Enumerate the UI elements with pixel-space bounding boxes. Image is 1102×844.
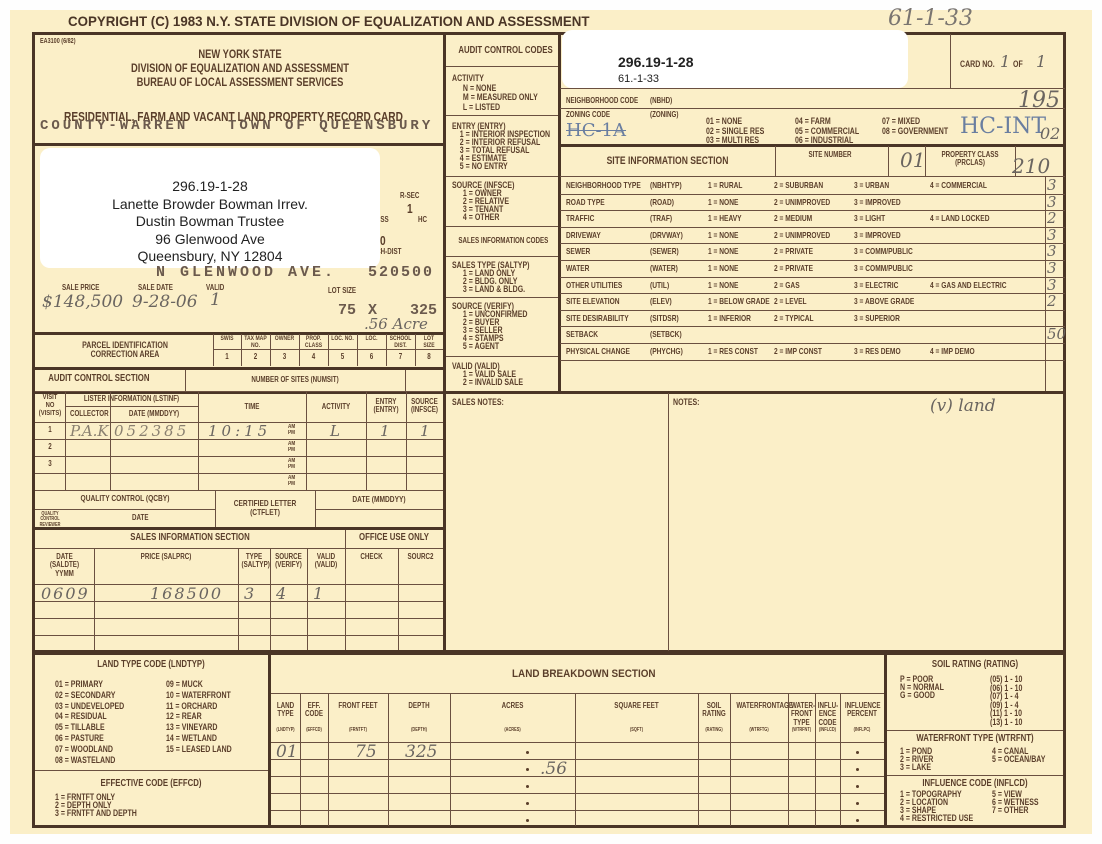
correction-col-num: 5 — [331, 353, 354, 361]
site-row-option: 2 = MEDIUM — [774, 214, 812, 223]
site-row-option: 3 = LIGHT — [854, 214, 885, 223]
header-line2: DIVISION OF EQUALIZATION AND ASSESSMENT — [84, 62, 396, 75]
site-row-option: 1 = NONE — [708, 281, 738, 290]
site-row-name: SETBACK — [566, 330, 598, 339]
class-value: 0 — [380, 234, 386, 248]
site-info-title: SITE INFORMATION SECTION — [584, 156, 752, 168]
sales-header: PRICE (SALPRC) — [110, 553, 222, 561]
land-header-code: (INFLPC) — [845, 728, 879, 733]
land-header-code: (FRNTFT) — [335, 728, 382, 733]
site-row-option: 1 = NONE — [708, 198, 738, 207]
correction-col-label: SWIS — [216, 336, 238, 343]
lister-header: LISTER INFORMATION (LSTINF) — [80, 395, 184, 403]
source-codes: SOURCE (INFSCE) 1 = OWNER 2 = RELATIVE 3… — [452, 181, 514, 221]
site-row-option: 4 = LAND LOCKED — [930, 214, 989, 223]
land-type-title: LAND TYPE CODE (LNDTYP) — [61, 660, 242, 671]
zoning-struck: HC-1A — [566, 120, 626, 141]
land-breakdown-title: LAND BREAKDOWN SECTION — [512, 669, 656, 681]
site-row-code: (SITDSR) — [650, 314, 679, 323]
owner-parcel: 296.19-1-28 — [40, 178, 380, 196]
site-row-option: 2 = TYPICAL — [774, 314, 814, 323]
divider — [32, 143, 445, 146]
decimal-point — [526, 751, 529, 754]
site-row-option: 2 = PRIVATE — [774, 247, 813, 256]
correction-col-num: 4 — [302, 353, 325, 361]
lot-front: 75 — [338, 302, 356, 319]
source-value[interactable]: 1 — [420, 422, 430, 440]
parcel-label-sticker: 296.19-1-28 61.-1-33 — [562, 30, 908, 88]
zoning-code-label: (ZONING) — [650, 111, 678, 119]
waterfront-title: WATERFRONT TYPE (WTRFNT) — [906, 734, 1043, 745]
correction-title-2: CORRECTION AREA — [59, 350, 192, 359]
date-header: DATE (MMDDYY) — [120, 410, 189, 418]
land-header: WATER-FRONT TYPE — [791, 702, 812, 727]
soil-rating-left: P = POORN = NORMALG = GOOD — [900, 675, 944, 699]
decimal-point — [856, 802, 859, 805]
site-row-option: 1 = RES CONST — [708, 347, 758, 356]
sales-section-title: SALES INFORMATION SECTION — [69, 533, 311, 544]
county: COUNTY-WARREN — [40, 118, 188, 134]
lot-size-label: LOT SIZE — [328, 287, 356, 295]
decimal-point — [856, 751, 859, 754]
land-header-code: (INFLCD) — [818, 728, 838, 733]
site-row-option: 1 = RURAL — [708, 181, 742, 190]
land-header-code: (EFFCD) — [303, 728, 325, 733]
site-row-code: (SETBCK) — [650, 330, 682, 339]
site-row-option: 3 = SUPERIOR — [854, 314, 900, 323]
site-row-code: (ELEV) — [650, 297, 672, 306]
activity-codes: ACTIVITY N = NONE M = MEASURED ONLY L = … — [452, 74, 538, 112]
notes-text: (v) land — [930, 396, 996, 416]
influence-col1: 1 = TOPOGRAPHY2 = LOCATION3 = SHAPE4 = R… — [900, 790, 973, 822]
prop-class-value: 210 — [1012, 154, 1050, 178]
owner-name: Lanette Browder Bowman Irrev. — [40, 196, 380, 214]
entry-codes: ENTRY (ENTRY) 1 = INTERIOR INSPECTION 2 … — [452, 122, 550, 170]
office-use-title: OFFICE USE ONLY — [356, 533, 432, 544]
land-header-code: (DEPTH) — [395, 728, 443, 733]
verify-codes: SOURCE (VERIFY) 1 = UNCONFIRMED 2 = BUYE… — [452, 302, 527, 350]
correction-col-num: 7 — [389, 353, 412, 361]
visit-number: 3 — [38, 460, 61, 468]
decimal-point — [526, 785, 529, 788]
owner-trustee: Dustin Bowman Trustee — [40, 213, 380, 231]
qc-date-label: DATE — [132, 514, 149, 522]
site-row-name: TRAFFIC — [566, 214, 594, 223]
site-row-option: 2 = SUBURBAN — [774, 181, 823, 190]
header-line1: NEW YORK STATE — [84, 48, 396, 61]
site-row-value[interactable]: 2 — [1047, 209, 1057, 227]
land-header: WATERFRONTAGE — [736, 702, 781, 710]
land-header-code: (SQFT) — [589, 728, 685, 733]
qc-title: QUALITY CONTROL (QCBY) — [55, 494, 195, 503]
pm-label: PM — [288, 481, 295, 487]
site-row-option: 2 = UNIMPROVED — [774, 198, 830, 207]
land-header-code: (ACRES) — [464, 728, 562, 733]
sales-header: SOURC2 — [403, 553, 438, 561]
prop-class-label: PROPERTY CLASS (PRCLAS) — [935, 151, 1005, 168]
influence-col2: 5 = VIEW6 = WETNESS7 = OTHER — [992, 790, 1039, 814]
decimal-point — [856, 819, 859, 822]
site-row-option: 3 = RES DEMO — [854, 347, 901, 356]
site-row-option: 4 = GAS AND ELECTRIC — [930, 281, 1007, 290]
site-row-code: (TRAF) — [650, 214, 672, 223]
site-row-name: SITE ELEVATION — [566, 297, 620, 306]
valid-codes: VALID (VALID) 1 = VALID SALE 2 = INVALID… — [452, 362, 523, 386]
parcel-number: 296.19-1-28 — [618, 54, 694, 70]
soil-rating-title: SOIL RATING (RATING) — [906, 660, 1043, 671]
eff-codes: 1 = FRNTFT ONLY2 = DEPTH ONLY3 = FRNTFT … — [55, 793, 137, 817]
owner-city: Queensbury, NY 12804 — [40, 248, 380, 266]
entry-value[interactable]: 1 — [380, 422, 390, 440]
notes-label: NOTES: — [673, 398, 700, 407]
site-row-option: 2 = IMP CONST — [774, 347, 822, 356]
nbhd-value: 195 — [1018, 88, 1060, 113]
zoning-value: 02 — [1040, 124, 1060, 143]
sales-type-codes: SALES TYPE (SALTYP) 1 = LAND ONLY 2 = BL… — [452, 261, 529, 293]
sales-header: VALID (VALID) — [311, 553, 341, 570]
header-line3: BUREAU OF LOCAL ASSESSMENT SERVICES — [84, 76, 396, 89]
land-header: FRONT FEET — [335, 702, 382, 710]
zoning-codes-col3: 07 = MIXED08 = GOVERNMENT — [882, 117, 948, 136]
zoning-new: HC-INT — [960, 114, 1046, 139]
numsit-label: NUMBER OF SITES (NUMSIT) — [209, 376, 381, 384]
site-row-name: SITE DESIRABILITY — [566, 314, 629, 323]
land-header: INFLUENCE PERCENT — [845, 702, 879, 719]
form-id: EA3100 (6/82) — [40, 38, 76, 45]
correction-col-num: 8 — [418, 353, 440, 361]
site-row-option: 4 = IMP DEMO — [930, 347, 975, 356]
correction-col-num: 3 — [273, 353, 296, 361]
card-no-label: CARD NO. — [960, 60, 995, 69]
site-row-option: 2 = LEVEL — [774, 297, 807, 306]
site-row-option: 3 = ABOVE GRADE — [854, 297, 914, 306]
waterfront-col2: 4 = CANAL5 = OCEAN/BAY — [992, 747, 1045, 763]
collector-header: COLLECTOR — [70, 410, 105, 418]
date-value[interactable]: 052385 — [114, 422, 189, 440]
sales-header: DATE (SALDTE) YYMM — [41, 553, 87, 578]
site-row-option: 1 = NONE — [708, 247, 738, 256]
site-row-code: (UTIL) — [650, 281, 669, 290]
hc-label: HC — [418, 216, 427, 224]
site-row-option: 3 = COMM/PUBLIC — [854, 247, 913, 256]
decimal-point — [856, 768, 859, 771]
sales-header: TYPE (SALTYP) — [242, 553, 267, 570]
town: TOWN OF QUEENSBURY — [228, 118, 433, 134]
old-parcel-number: 61.-1-33 — [618, 73, 659, 85]
site-row-option: 3 = COMM/PUBLIC — [854, 264, 913, 273]
rsec-value: 1 — [407, 202, 413, 216]
visit-number: 1 — [38, 426, 61, 434]
site-row-value[interactable]: 3 — [1047, 242, 1057, 260]
site-row-option: 2 = GAS — [774, 281, 800, 290]
correction-col-label: LOC. NO. — [331, 336, 354, 343]
site-row-option: 2 = UNIMPROVED — [774, 231, 830, 240]
land-header: DEPTH — [395, 702, 443, 710]
audit-section-title: AUDIT CONTROL SECTION — [48, 374, 142, 385]
cert-letter-label: CERTIFIED LETTER (CTFLET) — [226, 499, 304, 517]
site-row-option: 1 = NONE — [708, 231, 738, 240]
handwritten-ref: 61-1-33 — [888, 6, 973, 31]
site-row-code: (WATER) — [650, 264, 678, 273]
land-header: EFF. CODE — [303, 702, 325, 719]
site-row-code: (ROAD) — [650, 198, 674, 207]
sale-price-value: $148,500 — [42, 292, 123, 312]
time-header: TIME — [210, 403, 294, 411]
site-row-option: 2 = PRIVATE — [774, 264, 813, 273]
land-header-code: (LNDTYP) — [274, 728, 297, 733]
activity-header: ACTIVITY — [313, 403, 360, 411]
card-total: 1 — [1036, 52, 1046, 71]
decimal-point — [856, 785, 859, 788]
entry-header: ENTRY (ENTRY) — [370, 398, 401, 415]
site-row-value[interactable]: 3 — [1047, 193, 1057, 211]
decimal-point — [526, 802, 529, 805]
site-row-option: 3 = URBAN — [854, 181, 889, 190]
pm-label: PM — [288, 430, 295, 436]
site-row-option: 3 = ELECTRIC — [854, 281, 898, 290]
time-value[interactable]: 10:15 — [208, 422, 271, 440]
zoning-codes-col2: 04 = FARM05 = COMMERCIAL06 = INDUSTRIAL — [795, 117, 859, 146]
site-row-value[interactable]: 3 — [1047, 176, 1057, 194]
site-row-value[interactable]: 2 — [1047, 292, 1057, 310]
site-row-name: ROAD TYPE — [566, 198, 605, 207]
owner-street: 96 Glenwood Ave — [40, 231, 380, 249]
correction-col-label: OWNER — [273, 336, 296, 343]
copyright-line: COPYRIGHT (C) 1983 N.Y. STATE DIVISION O… — [68, 14, 589, 29]
site-row-name: PHYSICAL CHANGE — [566, 347, 630, 356]
site-row-option: 1 = BELOW GRADE — [708, 297, 770, 306]
correction-col-label: SCHOOL DIST. — [389, 336, 412, 350]
pm-label: PM — [288, 447, 295, 453]
cert-date-label: DATE (MMDDYY) — [329, 495, 429, 504]
site-row-option: 3 = IMPROVED — [854, 198, 901, 207]
correction-col-num: 2 — [244, 353, 267, 361]
land-type-col1: 01 = PRIMARY02 = SECONDARY03 = UNDEVELOP… — [55, 679, 124, 765]
visit-header: VISIT NO (VISITS) — [38, 393, 61, 417]
correction-col-label: TAX MAP NO. — [244, 336, 267, 350]
valid-value: 1 — [210, 290, 221, 310]
correction-col-num: 6 — [360, 353, 383, 361]
land-header-code: (WTRFTG) — [736, 728, 781, 733]
sales-notes-label: SALES NOTES: — [452, 398, 504, 407]
activity-value[interactable]: L — [330, 422, 340, 440]
land-header-code: (RATING) — [702, 728, 727, 733]
site-row-option: 4 = COMMERCIAL — [930, 181, 987, 190]
site-row-option: 1 = INFERIOR — [708, 314, 751, 323]
nbhd-label: NEIGHBORHOOD CODE — [566, 97, 638, 105]
site-row-code: (SEWER) — [650, 247, 679, 256]
acreage-note: .56 Acre — [364, 315, 428, 333]
sch-code: 520500 — [368, 264, 434, 281]
site-row-name: OTHER UTILITIES — [566, 281, 622, 290]
site-row-name: NEIGHBORHOOD TYPE — [566, 181, 641, 190]
site-row-name: WATER — [566, 264, 589, 273]
land-header: LAND TYPE — [274, 702, 297, 719]
sales-header: SOURCE (VERIFY) — [274, 553, 303, 570]
site-row-option: 1 = NONE — [708, 264, 738, 273]
divider — [558, 32, 561, 394]
soil-rating-right: (05) 1 - 10(06) 1 - 10(07) 1 - 4 (09) 1 … — [990, 675, 1022, 726]
decimal-point — [526, 768, 529, 771]
correction-col-label: LOT SIZE — [418, 336, 440, 350]
street-address: N GLENWOOD AVE. — [156, 264, 336, 281]
land-header: SOIL RATING — [702, 702, 727, 719]
land-header-code: (WTRFNT) — [791, 728, 812, 733]
sales-codes-title: SALES INFORMATION CODES — [458, 237, 545, 245]
qc-reviewer-label: QUALITY CONTROL REVIEWER — [38, 512, 61, 528]
collector-value[interactable]: P.A.K — [70, 422, 109, 440]
audit-codes-title: AUDIT CONTROL CODES — [458, 46, 545, 57]
card-no-value: 1 — [1000, 52, 1010, 71]
card-of-label: OF — [1013, 60, 1023, 69]
notes-frame — [443, 391, 1066, 653]
site-number: 01 — [900, 148, 925, 172]
site-row-option: 1 = HEAVY — [708, 214, 742, 223]
site-row-code: (PHYCHG) — [650, 347, 683, 356]
waterfront-col1: 1 = POND2 = RIVER3 = LAKE — [900, 747, 933, 771]
decimal-point — [526, 819, 529, 822]
site-row-value[interactable]: 50 — [1047, 325, 1066, 343]
site-number-label: SITE NUMBER — [787, 151, 873, 159]
land-header: SQUARE FEET — [589, 702, 685, 710]
land-header: INFLU-ENCE CODE — [818, 702, 838, 727]
pm-label: PM — [288, 464, 295, 470]
site-row-value[interactable]: 3 — [1047, 259, 1057, 277]
visit-number: 2 — [38, 443, 61, 451]
land-type-col2: 09 = MUCK10 = WATERFRONT11 = ORCHARD12 =… — [166, 679, 232, 755]
influence-title: INFLUENCE CODE (INFLCD) — [906, 779, 1043, 790]
site-row-value[interactable]: 3 — [1047, 276, 1057, 294]
sales-header: CHECK — [351, 553, 392, 561]
eff-code-title: EFFECTIVE CODE (EFFCD) — [61, 779, 242, 790]
source-header: SOURCE (INFSCE) — [410, 398, 439, 415]
rsec-label: R-SEC — [400, 192, 419, 200]
site-row-code: (DRVWAY) — [650, 231, 683, 240]
correction-col-label: PROP. CLASS — [302, 336, 325, 350]
correction-col-num: 1 — [216, 353, 238, 361]
site-row-value[interactable]: 3 — [1047, 226, 1057, 244]
zoning-codes-col1: 01 = NONE02 = SINGLE RES03 = MULTI RES — [706, 117, 764, 146]
zoning-label: ZONING CODE — [566, 111, 610, 119]
nbhd-code-label: (NBHD) — [650, 97, 672, 105]
site-row-name: DRIVEWAY — [566, 231, 601, 240]
owner-address-sticker: 296.19-1-28 Lanette Browder Bowman Irrev… — [40, 148, 380, 268]
sale-date-value: 9-28-06 — [132, 292, 198, 312]
site-row-option: 3 = IMPROVED — [854, 231, 901, 240]
site-row-name: SEWER — [566, 247, 590, 256]
site-row-code: (NBHTYP) — [650, 181, 682, 190]
correction-col-label: LOC. — [360, 336, 383, 343]
land-header: ACRES — [464, 702, 562, 710]
